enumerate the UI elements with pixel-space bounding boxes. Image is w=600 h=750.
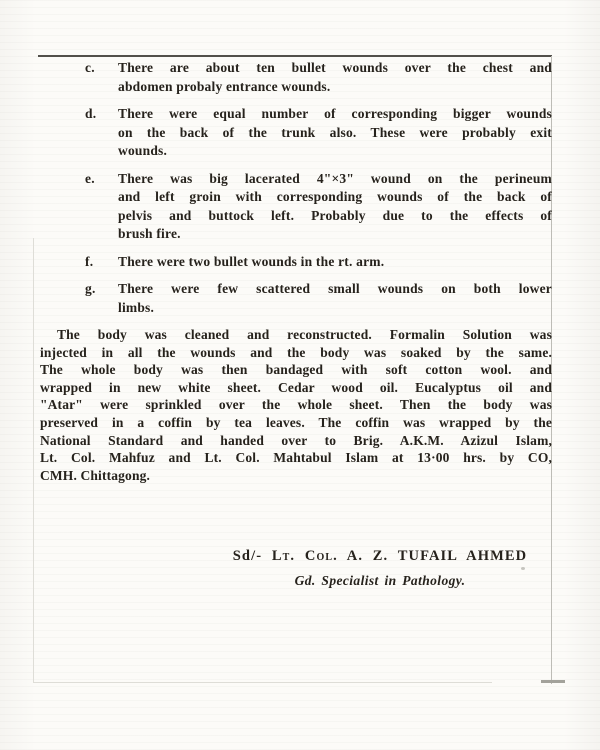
item-text: There was big lacerated 4"×3" wound on t…: [118, 170, 552, 244]
signoff-prefix: Sd/-: [233, 548, 262, 564]
item-line: abdomen probaly entrance wounds.: [118, 78, 552, 97]
item-line: and left groin with corresponding wounds…: [118, 188, 552, 207]
item-line: wounds.: [118, 142, 552, 161]
paragraph-line: preserved in a coffin by tea leaves. The…: [40, 414, 552, 432]
signoff-line: Sd/- Lt. Col. A. Z. TUFAIL AHMED: [200, 548, 560, 565]
list-item-f: f. There were two bullet wounds in the r…: [40, 253, 552, 272]
paragraph-line: CMH. Chittagong.: [40, 467, 552, 485]
bottom-border-rule: [33, 682, 492, 683]
paragraph-line: "Atar" were sprinkled over the whole she…: [40, 396, 552, 414]
top-border-rule: [38, 55, 552, 57]
item-letter: e.: [85, 170, 118, 244]
signoff-name: A. Z. TUFAIL AHMED: [347, 548, 528, 564]
paragraph-line: The body was cleaned and reconstructed. …: [40, 326, 552, 344]
item-letter: f.: [85, 253, 118, 272]
item-line: There were two bullet wounds in the rt. …: [118, 253, 552, 272]
item-text: There were two bullet wounds in the rt. …: [118, 253, 552, 272]
item-line: There were equal number of corresponding…: [118, 105, 552, 124]
item-line: There was big lacerated 4"×3" wound on t…: [118, 170, 552, 189]
list-item-e: e. There was big lacerated 4"×3" wound o…: [40, 170, 552, 244]
signature-block: Sd/- Lt. Col. A. Z. TUFAIL AHMED Gd. Spe…: [200, 548, 560, 589]
item-line: There are about ten bullet wounds over t…: [118, 59, 552, 78]
paragraph-line: injected in all the wounds and the body …: [40, 344, 552, 362]
item-line: pelvis and buttock left. Probably due to…: [118, 207, 552, 226]
item-line: limbs.: [118, 299, 552, 318]
scanned-document-page: c. There are about ten bullet wounds ove…: [0, 0, 600, 750]
item-text: There were equal number of corresponding…: [118, 105, 552, 161]
paragraph-line: Lt. Col. Mahfuz and Lt. Col. Mahtabul Is…: [40, 449, 552, 467]
item-line: on the back of the trunk also. These wer…: [118, 124, 552, 143]
signoff-title: Gd. Specialist in Pathology.: [200, 573, 560, 589]
paragraph-line: National Standard and handed over to Bri…: [40, 432, 552, 450]
item-line: There were few scattered small wounds on…: [118, 280, 552, 299]
item-text: There are about ten bullet wounds over t…: [118, 59, 552, 96]
list-item-c: c. There are about ten bullet wounds ove…: [40, 59, 552, 96]
bottom-right-corner-mark: [541, 680, 565, 683]
item-text: There were few scattered small wounds on…: [118, 280, 552, 317]
document-body: c. There are about ten bullet wounds ove…: [40, 59, 552, 484]
item-letter: d.: [85, 105, 118, 161]
paragraph-line: The whole body was then bandaged with so…: [40, 361, 552, 379]
list-item-g: g. There were few scattered small wounds…: [40, 280, 552, 317]
list-item-d: d. There were equal number of correspond…: [40, 105, 552, 161]
body-paragraph: The body was cleaned and reconstructed. …: [40, 326, 552, 484]
left-border-rule: [33, 238, 34, 683]
item-line: brush fire.: [118, 225, 552, 244]
item-letter: c.: [85, 59, 118, 96]
signoff-rank: Lt. Col.: [272, 548, 338, 564]
paragraph-line: wrapped in new white sheet. Cedar wood o…: [40, 379, 552, 397]
item-letter: g.: [85, 280, 118, 317]
